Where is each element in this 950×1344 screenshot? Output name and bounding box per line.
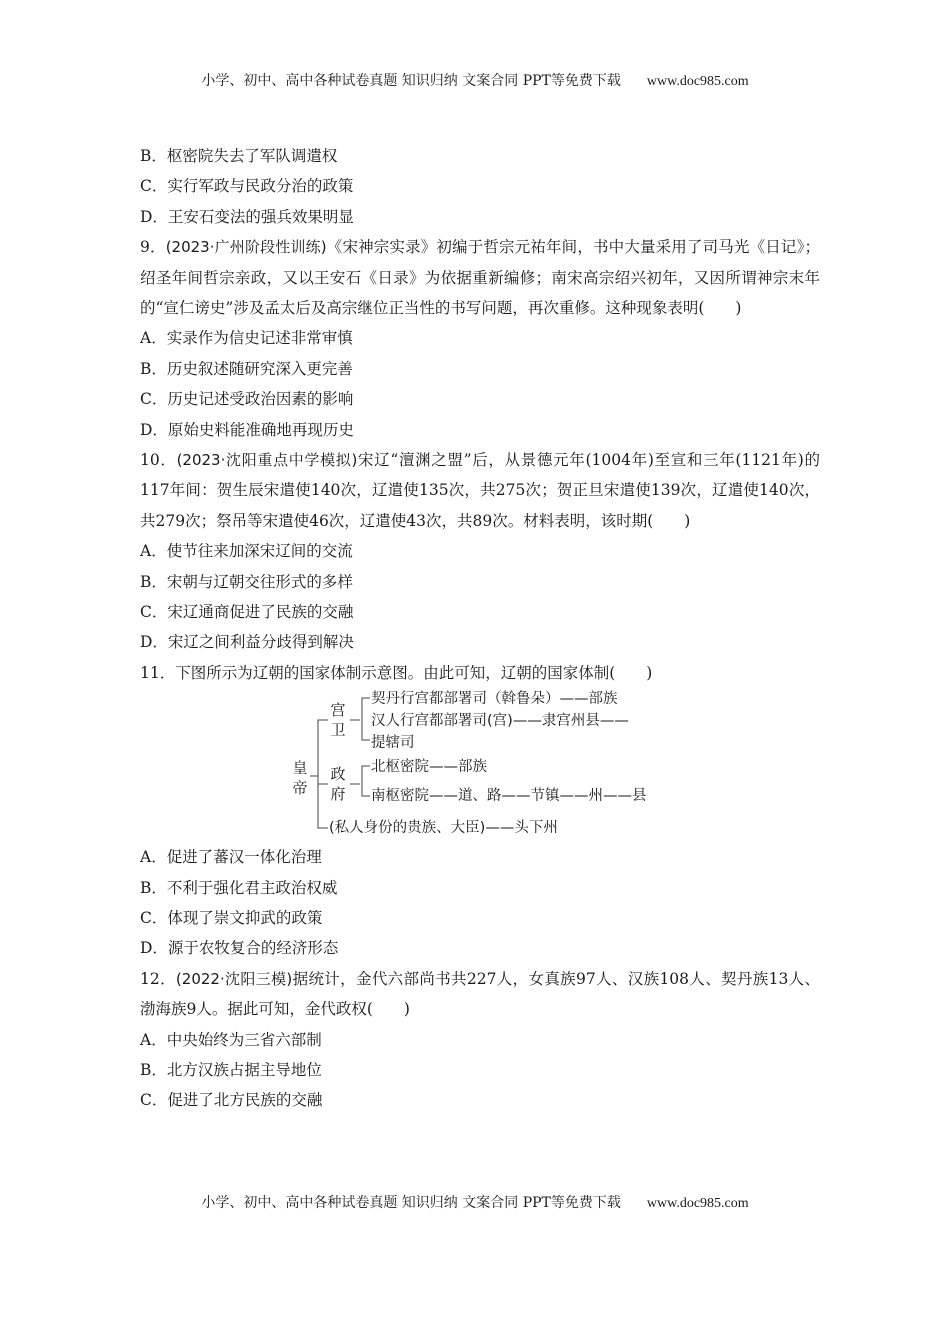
q11-stem: 下图所示为辽朝的国家体制示意图。由此可知，辽朝的国家体制( ) <box>175 664 652 682</box>
q11-option-c: C．体现了崇文抑武的政策 <box>140 903 820 933</box>
footer-text: 小学、初中、高中各种试卷真题 知识归纳 文案合同 PPT等免费下载 <box>201 1195 621 1211</box>
question-12: 12．(2022·沈阳三模)据统计，金代六部尚书共227人，女真族97人、汉族1… <box>140 964 820 1116</box>
diagram-item-south-bureau: 南枢密院——道、路——节镇——州——县 <box>371 787 647 805</box>
q9-stem-block: 9．(2023·广州阶段性训练)《宋神宗实录》初编于哲宗元祐年间，书中大量采用了… <box>140 232 820 323</box>
q12-stem-block: 12．(2022·沈阳三模)据统计，金代六部尚书共227人，女真族97人、汉族1… <box>140 964 820 1025</box>
diagram-root-emperor: 皇帝 <box>292 758 308 798</box>
q11-stem-block: 11．下图所示为辽朝的国家体制示意图。由此可知，辽朝的国家体制( ) <box>140 658 820 688</box>
page-footer: 小学、初中、高中各种试卷真题 知识归纳 文案合同 PPT等免费下载www.doc… <box>0 1192 950 1212</box>
q8-option-c: C．实行军政与民政分治的政策 <box>140 171 820 201</box>
q10-option-c: C．宋辽通商促进了民族的交融 <box>140 597 820 627</box>
q11-option-b: B．不利于强化君主政治权威 <box>140 873 820 903</box>
q11-option-a: A．促进了蕃汉一体化治理 <box>140 842 820 872</box>
diagram-branch-government: 政府 <box>330 764 346 804</box>
q12-option-a: A．中央始终为三省六部制 <box>140 1025 820 1055</box>
q9-number: 9． <box>140 238 166 256</box>
page-header: 小学、初中、高中各种试卷真题 知识归纳 文案合同 PPT等免费下载www.doc… <box>0 70 950 90</box>
q10-stem-block: 10．(2023·沈阳重点中学模拟)宋辽“澶渊之盟”后，从景德元年(1004年)… <box>140 445 820 536</box>
diagram-item-toushazhou: (私人身份的贵族、大臣)——头下州 <box>329 819 558 837</box>
q10-option-a: A．使节往来加深宋辽间的交流 <box>140 536 820 566</box>
q9-source: (2023·广州阶段性训练) <box>166 238 327 256</box>
q8-options: B．枢密院失去了军队调遣权 C．实行军政与民政分治的政策 D．王安石变法的强兵效… <box>140 141 820 232</box>
q9-option-a: A．实录作为信史记述非常审慎 <box>140 323 820 353</box>
q8-option-b: B．枢密院失去了军队调遣权 <box>140 141 820 171</box>
header-url: www.doc985.com <box>647 74 749 89</box>
liao-state-system-diagram: 皇帝 宫卫 政府 契丹行宫都部署司（斡鲁朵）——部族 汉人行宫都部署司(宫)——… <box>140 692 820 842</box>
diagram-item-north-bureau: 北枢密院——部族 <box>371 758 487 776</box>
q12-option-c: C．促进了北方民族的交融 <box>140 1085 820 1115</box>
q12-source: (2022·沈阳三模) <box>176 970 292 988</box>
footer-url: www.doc985.com <box>647 1196 749 1211</box>
q10-number: 10． <box>140 451 177 469</box>
q9-option-c: C．历史记述受政治因素的影响 <box>140 384 820 414</box>
q12-number: 12． <box>140 970 176 988</box>
q10-source: (2023·沈阳重点中学模拟) <box>177 451 358 469</box>
q10-option-d: D．宋辽之间利益分歧得到解决 <box>140 627 820 657</box>
diagram-item-tixiasi: 提辖司 <box>371 734 415 752</box>
diagram-item-khitan-palace: 契丹行宫都部署司（斡鲁朵）——部族 <box>371 690 618 708</box>
q12-option-b: B．北方汉族占据主导地位 <box>140 1055 820 1085</box>
q11-number: 11． <box>140 664 175 682</box>
diagram-item-han-palace: 汉人行宫都部署司(宫)——隶宫州县—— <box>371 712 629 730</box>
q9-option-b: B．历史叙述随研究深入更完善 <box>140 354 820 384</box>
q8-option-d: D．王安石变法的强兵效果明显 <box>140 202 820 232</box>
q9-option-d: D．原始史料能准确地再现历史 <box>140 415 820 445</box>
question-11: 11．下图所示为辽朝的国家体制示意图。由此可知，辽朝的国家体制( ) 皇帝 <box>140 658 820 964</box>
question-9: 9．(2023·广州阶段性训练)《宋神宗实录》初编于哲宗元祐年间，书中大量采用了… <box>140 232 820 445</box>
q11-option-d: D．源于农牧复合的经济形态 <box>140 933 820 963</box>
diagram-branch-palace-guard: 宫卫 <box>330 700 346 740</box>
header-text: 小学、初中、高中各种试卷真题 知识归纳 文案合同 PPT等免费下载 <box>201 73 621 89</box>
q10-option-b: B．宋朝与辽朝交往形式的多样 <box>140 567 820 597</box>
question-10: 10．(2023·沈阳重点中学模拟)宋辽“澶渊之盟”后，从景德元年(1004年)… <box>140 445 820 658</box>
document-body: B．枢密院失去了军队调遣权 C．实行军政与民政分治的政策 D．王安石变法的强兵效… <box>140 141 820 1116</box>
